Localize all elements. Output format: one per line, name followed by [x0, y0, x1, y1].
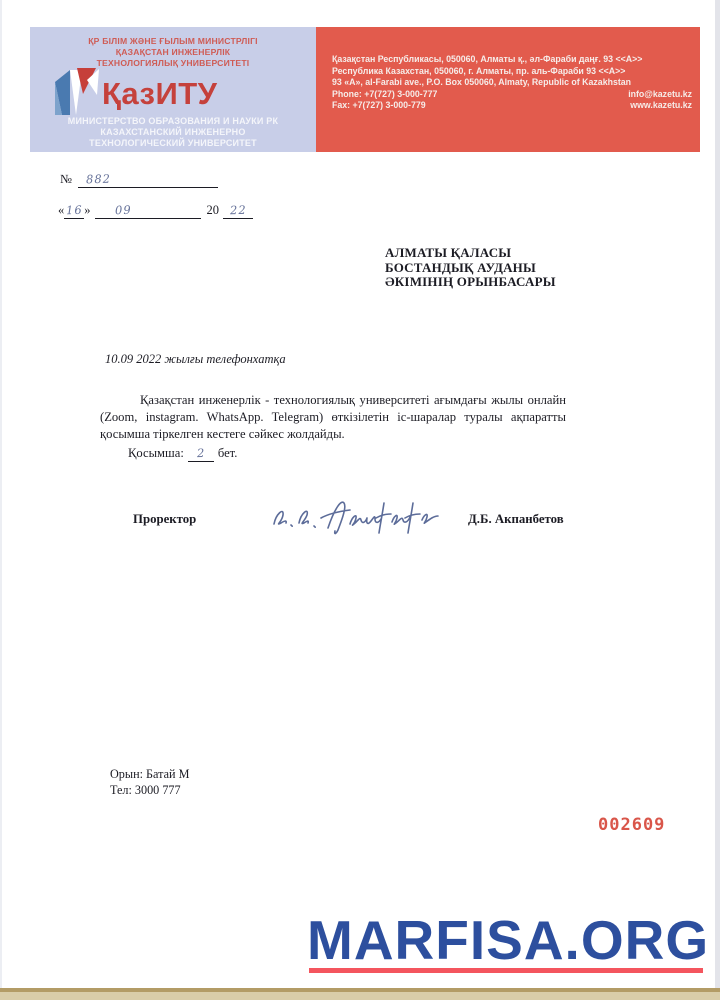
- recipient-line: АЛМАТЫ ҚАЛАСЫ: [385, 246, 556, 261]
- handwritten-year: 22: [229, 203, 246, 218]
- document-date-line: «16»092022: [58, 203, 253, 219]
- watermark-underline: [309, 968, 703, 973]
- site-watermark: MARFISA.ORG: [307, 908, 707, 972]
- recipient-line: ӘКІМІНІҢ ОРЫНБАСАРЫ: [385, 275, 556, 290]
- ministry-name-russian: МИНИСТЕРСТВО ОБРАЗОВАНИЯ И НАУКИ РК КАЗА…: [30, 116, 316, 149]
- letterhead-left-block: ҚР БІЛІМ ЖӘНЕ ҒЫЛЫМ МИНИСТРЛІГІ ҚАЗАҚСТА…: [30, 27, 316, 152]
- email-address: info@kazetu.kz: [628, 89, 692, 101]
- signer-name: Д.Б. Акпанбетов: [468, 512, 564, 527]
- handwritten-month: 09: [115, 203, 132, 218]
- scanned-letter-page: ҚР БІЛІМ ЖӘНЕ ҒЫЛЫМ МИНИСТРЛІГІ ҚАЗАҚСТА…: [0, 0, 720, 1000]
- quote-close: »: [84, 203, 90, 217]
- address-line-english: 93 «А», al-Farabi ave., P.O. Box 050060,…: [332, 77, 692, 89]
- scan-edge-right: [715, 0, 720, 1000]
- number-blank-line: 882: [78, 172, 218, 188]
- executor-block: Орын: Батай М Тел: 3000 777: [110, 767, 189, 798]
- ministry-name-kazakh: ҚР БІЛІМ ЖӘНЕ ҒЫЛЫМ МИНИСТРЛІГІ ҚАЗАҚСТА…: [30, 36, 316, 69]
- form-serial-number: 002609: [598, 815, 665, 835]
- recipient-block: АЛМАТЫ ҚАЛАСЫ БОСТАНДЫҚ АУДАНЫ ӘКІМІНІҢ …: [385, 246, 556, 290]
- handwritten-day: 16: [66, 203, 83, 218]
- university-logo-text: ҚазИТУ: [102, 76, 217, 112]
- letterhead-contact-block: Қазақстан Республикасы, 050060, Алматы қ…: [316, 27, 700, 152]
- attachment-label: Қосымша:: [128, 446, 184, 460]
- website-address: www.kazetu.kz: [630, 100, 692, 112]
- handwritten-attachment-pages: 2: [196, 446, 205, 460]
- executor-name: Орын: Батай М: [110, 767, 189, 783]
- letterhead-line: ҚР БІЛІМ ЖӘНЕ ҒЫЛЫМ МИНИСТРЛІГІ: [30, 36, 316, 47]
- university-logo: ҚазИТУ: [54, 69, 294, 119]
- letterhead-line: ҚАЗАҚСТАН ИНЖЕНЕРЛІК: [30, 47, 316, 58]
- date-month-blank: 09: [95, 203, 201, 219]
- fax-line: Fax: +7(727) 3-000-779: [332, 100, 426, 112]
- letter-body-paragraph: Қазақстан инженерлік - технологиялық уни…: [100, 392, 566, 442]
- executor-phone: Тел: 3000 777: [110, 783, 189, 799]
- handwritten-document-number: 882: [86, 172, 111, 187]
- date-year-blank: 22: [223, 203, 253, 219]
- attachment-line: Қосымша:2бет.: [128, 446, 237, 462]
- attachment-suffix: бет.: [218, 446, 238, 460]
- letterhead-line: КАЗАХСТАНСКИЙ ИНЖЕНЕРНО: [30, 127, 316, 138]
- document-number-line: №882: [60, 172, 218, 188]
- recipient-line: БОСТАНДЫҚ АУДАНЫ: [385, 261, 556, 276]
- bottom-border-light: [0, 992, 720, 1000]
- phone-line: Phone: +7(727) 3-000-777: [332, 89, 437, 101]
- address-line-kazakh: Қазақстан Республикасы, 050060, Алматы қ…: [332, 54, 692, 66]
- scan-edge-left: [0, 0, 2, 1000]
- signer-title: Проректор: [133, 512, 196, 527]
- number-label: №: [60, 172, 72, 186]
- date-day-blank: 16: [64, 203, 84, 219]
- reference-line: 10.09 2022 жылғы телефонхатқа: [105, 352, 286, 367]
- letterhead-line: ТЕХНОЛОГИЧЕСКИЙ УНИВЕРСИТЕТ: [30, 138, 316, 149]
- university-logo-emblem-icon: [54, 68, 100, 121]
- address-line-russian: Республика Казахстан, 050060, г. Алматы,…: [332, 66, 692, 78]
- attachment-blank: 2: [188, 446, 214, 462]
- handwritten-signature: [268, 494, 446, 547]
- year-prefix: 20: [207, 203, 220, 217]
- letterhead-line: МИНИСТЕРСТВО ОБРАЗОВАНИЯ И НАУКИ РК: [30, 116, 316, 127]
